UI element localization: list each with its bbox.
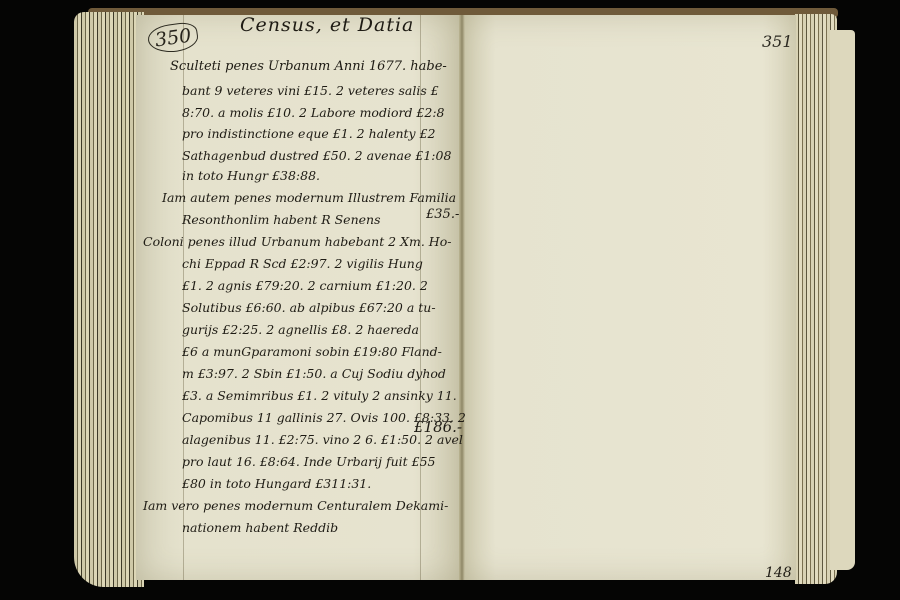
text-line: bant 9 veteres vini £15. 2 veteres salis… — [182, 85, 439, 98]
text-line: Sculteti penes Urbanum Anni 1677. habe- — [170, 60, 447, 73]
page-heading: Census, et Datia — [240, 16, 414, 35]
book-gutter — [459, 15, 465, 580]
text-line: Resonthonlim habent R Senens — [182, 214, 380, 227]
text-line: chi Eppad R Scd £2:97. 2 vigilis Hung — [182, 258, 423, 271]
text-line: pro indistinctione eque £1. 2 halenty £2 — [182, 128, 436, 141]
text-line: Solutibus £6:60. ab alpibus £67:20 a tu- — [182, 302, 436, 315]
text-line: in toto Hungr £38:88. — [182, 170, 320, 183]
text-line: gurijs £2:25. 2 agnellis £8. 2 haereda — [182, 324, 419, 337]
text-line: £1. 2 agnis £79:20. 2 carnium £1:20. 2 — [182, 280, 428, 293]
text-line: Iam vero penes modernum Centuralem Dekam… — [143, 500, 448, 513]
text-line: £6 a munGparamoni sobin £19:80 Fland- — [182, 346, 442, 359]
left-page-stack — [74, 12, 144, 587]
left-page — [136, 15, 462, 580]
left-margin-rule — [183, 15, 184, 580]
margin-amount: £35.- — [426, 208, 459, 221]
margin-amount: £186.- — [414, 420, 462, 435]
text-line: 8:70. a molis £10. 2 Labore modiord £2:8 — [182, 107, 445, 120]
text-line: m £3:97. 2 Sbin £1:50. a Cuj Sodiu dyhod — [182, 368, 446, 381]
text-line: £3. a Semimribus £1. 2 vituly 2 ansinky … — [182, 390, 457, 403]
text-line: Coloni penes illud Urbanum habebant 2 Xm… — [143, 236, 451, 249]
text-line: Iam autem penes modernum Illustrem Famil… — [162, 192, 456, 205]
folio-number-right: 351 — [762, 32, 793, 51]
right-page — [462, 15, 796, 580]
flyleaf-edge — [830, 30, 855, 570]
text-line: pro laut 16. £8:64. Inde Urbarij fuit £5… — [182, 456, 435, 469]
bottom-page-number: 148 — [765, 565, 792, 581]
text-line: nationem habent Reddib — [182, 522, 338, 535]
text-line: Sathagenbud dustred £50. 2 avenae £1:08 — [182, 150, 451, 163]
right-page-edge-rule — [798, 15, 799, 580]
text-line: £80 in toto Hungard £311:31. — [182, 478, 371, 491]
right-margin-rule — [420, 15, 421, 580]
open-ledger-book: 350 Census, et Datia Sculteti penes Urba… — [0, 0, 900, 600]
